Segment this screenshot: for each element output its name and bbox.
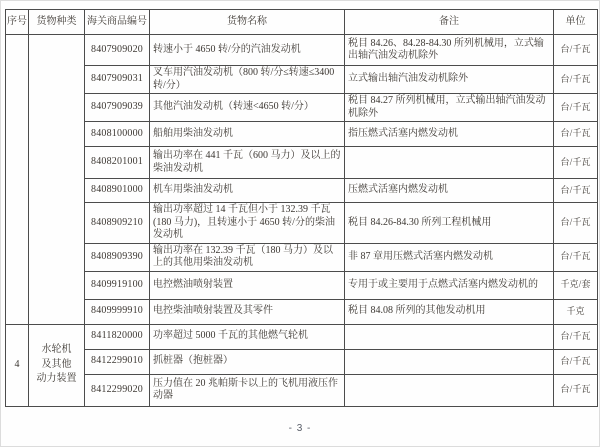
name-cell: 转速小于 4650 转/分的汽油发动机 [150, 35, 345, 66]
remark-cell: 指压燃式活塞内燃发动机 [345, 122, 554, 147]
name-cell: 其他汽油发动机（转速<4650 转/分） [150, 94, 345, 122]
page-number: - 3 - [1, 423, 599, 434]
remark-cell: 税目 84.26、84.28-84.30 所列机械用，立式输出轴汽油发动机除外 [345, 35, 554, 66]
unit-cell: 台 / 千瓦 [554, 66, 598, 94]
remark-cell: 税目 84.08 所列的其他发动机用 [345, 299, 554, 324]
name-cell: 叉车用汽油发动机（800 转/分≤转速≤3400 转/分） [150, 66, 345, 94]
name-cell: 抓桩器（抱桩器） [150, 349, 345, 374]
remark-cell: 税目 84.27 所列机械用，立式输出轴汽油发动机除外 [345, 94, 554, 122]
unit-cell: 台 / 千瓦 [554, 203, 598, 244]
code-cell: 8408909390 [85, 243, 150, 271]
col-header-category: 货物种类 [29, 10, 85, 35]
remark-cell: 非 87 章用压燃式活塞内燃发动机 [345, 243, 554, 271]
name-cell: 压力值在 20 兆帕斯卡以上的飞机用液压作动器 [150, 374, 345, 406]
name-cell: 电控柴油喷射装置及其零件 [150, 299, 345, 324]
code-cell: 8407909020 [85, 35, 150, 66]
remark-cell: 税目 84.26-84.30 所列工程机械用 [345, 203, 554, 244]
remark-cell: 专用于或主要用于点燃式活塞内燃发动机的 [345, 271, 554, 299]
table-row: 8407909031 叉车用汽油发动机（800 转/分≤转速≤3400 转/分）… [6, 66, 598, 94]
remark-cell: 压燃式活塞内燃发动机 [345, 179, 554, 203]
header-row: 序号 货物种类 海关商品编号 货物名称 备注 单位 [6, 10, 598, 35]
col-header-serial: 序号 [6, 10, 29, 35]
col-header-name: 货物名称 [150, 10, 345, 35]
name-cell: 输出功率在 132.39 千瓦（180 马力）及以上的其他用柴油发动机 [150, 243, 345, 271]
code-cell: 8409999910 [85, 299, 150, 324]
remark-cell [345, 324, 554, 349]
table-row: 8407909020 转速小于 4650 转/分的汽油发动机 税目 84.26、… [6, 35, 598, 66]
table-row: 8412299020 压力值在 20 兆帕斯卡以上的飞机用液压作动器 台 / 千… [6, 374, 598, 406]
unit-cell: 台 / 千瓦 [554, 35, 598, 66]
table-row: 8407909039 其他汽油发动机（转速<4650 转/分） 税目 84.27… [6, 94, 598, 122]
table-row: 4 水轮机 及其他 动力装置 8411820000 功率超过 5000 千瓦的其… [6, 324, 598, 349]
code-cell: 8411820000 [85, 324, 150, 349]
table-row: 8408909390 输出功率在 132.39 千瓦（180 马力）及以上的其他… [6, 243, 598, 271]
unit-cell: 台 / 千瓦 [554, 243, 598, 271]
code-cell: 8408909210 [85, 203, 150, 244]
category-cell: 水轮机 及其他 动力装置 [29, 324, 85, 406]
code-cell: 8408901000 [85, 179, 150, 203]
table-row: 8408100000 船舶用柴油发动机 指压燃式活塞内燃发动机 台 / 千瓦 [6, 122, 598, 147]
serial-cell [6, 35, 29, 325]
name-cell: 船舶用柴油发动机 [150, 122, 345, 147]
table-row: 8408901000 机车用柴油发动机 压燃式活塞内燃发动机 台 / 千瓦 [6, 179, 598, 203]
col-header-unit: 单位 [554, 10, 598, 35]
category-cell [29, 35, 85, 325]
code-cell: 8408201001 [85, 147, 150, 179]
unit-cell: 台 / 千瓦 [554, 94, 598, 122]
unit-cell: 台 / 千瓦 [554, 374, 598, 406]
table-row: 8408201001 输出功率在 441 千瓦（600 马力）及以上的柴油发动机… [6, 147, 598, 179]
col-header-code: 海关商品编号 [85, 10, 150, 35]
unit-cell: 台 / 千瓦 [554, 324, 598, 349]
name-cell: 功率超过 5000 千瓦的其他燃气轮机 [150, 324, 345, 349]
table-row: 8409919100 电控燃油喷射装置 专用于或主要用于点燃式活塞内燃发动机的 … [6, 271, 598, 299]
col-header-remark: 备注 [345, 10, 554, 35]
name-cell: 输出功率在 441 千瓦（600 马力）及以上的柴油发动机 [150, 147, 345, 179]
code-cell: 8407909039 [85, 94, 150, 122]
unit-cell: 台 / 千瓦 [554, 179, 598, 203]
code-cell: 8409919100 [85, 271, 150, 299]
remark-cell [345, 349, 554, 374]
name-cell: 输出功率超过 14 千瓦但小于 132.39 千瓦(180 马力)，且转速小于 … [150, 203, 345, 244]
commodity-table: 序号 货物种类 海关商品编号 货物名称 备注 单位 8407909020 转速小… [5, 9, 598, 407]
name-cell: 电控燃油喷射装置 [150, 271, 345, 299]
unit-cell: 千克 / 套 [554, 271, 598, 299]
serial-cell: 4 [6, 324, 29, 406]
name-cell: 机车用柴油发动机 [150, 179, 345, 203]
unit-cell: 千克 [554, 299, 598, 324]
document-page: 序号 货物种类 海关商品编号 货物名称 备注 单位 8407909020 转速小… [0, 0, 600, 447]
table-row: 8409999910 电控柴油喷射装置及其零件 税目 84.08 所列的其他发动… [6, 299, 598, 324]
remark-cell [345, 374, 554, 406]
code-cell: 8412299010 [85, 349, 150, 374]
table-row: 8408909210 输出功率超过 14 千瓦但小于 132.39 千瓦(180… [6, 203, 598, 244]
code-cell: 8407909031 [85, 66, 150, 94]
unit-cell: 台 / 千瓦 [554, 349, 598, 374]
remark-cell [345, 147, 554, 179]
unit-cell: 台 / 千瓦 [554, 147, 598, 179]
table-row: 8412299010 抓桩器（抱桩器） 台 / 千瓦 [6, 349, 598, 374]
remark-cell: 立式输出轴汽油发动机除外 [345, 66, 554, 94]
unit-cell: 台 / 千瓦 [554, 122, 598, 147]
code-cell: 8412299020 [85, 374, 150, 406]
code-cell: 8408100000 [85, 122, 150, 147]
